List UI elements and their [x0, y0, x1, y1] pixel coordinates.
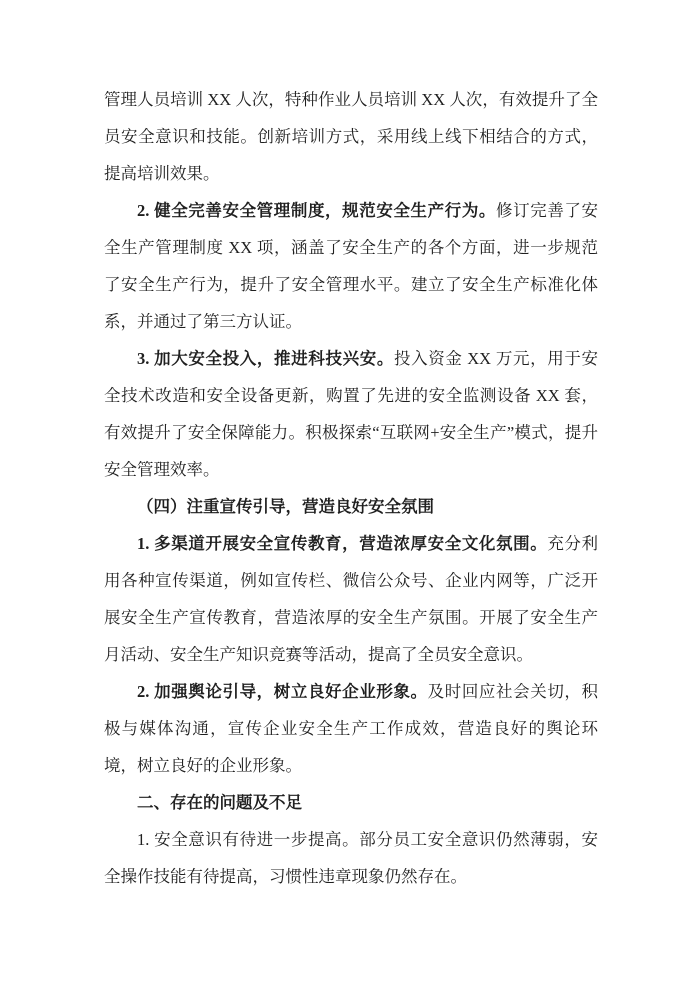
- paragraph-item-2b: 2. 加强舆论引导，树立良好企业形象。及时回应社会关切，积极与媒体沟通，宣传企业…: [104, 673, 598, 784]
- paragraph-text: 1. 安全意识有待进一步提高。部分员工安全意识仍然薄弱，安全操作技能有待提高，习…: [104, 830, 598, 886]
- paragraph-lead: 1. 多渠道开展安全宣传教育，营造浓厚安全文化氛围。: [137, 534, 547, 553]
- paragraph-item-3: 3. 加大安全投入，推进科技兴安。投入资金 XX 万元，用于安全技术改造和安全设…: [104, 340, 598, 488]
- paragraph-text: 充分利用各种宣传渠道，例如宣传栏、微信公众号、企业内网等，广泛开展安全生产宣传教…: [104, 534, 598, 664]
- paragraph-text: 修订完善了安全生产管理制度 XX 项，涵盖了安全生产的各个方面，进一步规范了安全…: [104, 201, 598, 331]
- document-page: 管理人员培训 XX 人次，特种作业人员培训 XX 人次，有效提升了全员安全意识和…: [0, 0, 700, 989]
- heading-text: 二、存在的问题及不足: [137, 793, 302, 812]
- paragraph-lead: 2. 健全完善安全管理制度，规范安全生产行为。: [137, 201, 496, 220]
- paragraph-item-2: 2. 健全完善安全管理制度，规范安全生产行为。修订完善了安全生产管理制度 XX …: [104, 192, 598, 340]
- paragraph-continuation: 管理人员培训 XX 人次，特种作业人员培训 XX 人次，有效提升了全员安全意识和…: [104, 81, 598, 192]
- sub-heading-four: （四）注重宣传引导，营造良好安全氛围: [104, 488, 598, 525]
- paragraph-problem-1: 1. 安全意识有待进一步提高。部分员工安全意识仍然薄弱，安全操作技能有待提高，习…: [104, 821, 598, 895]
- heading-text: （四）注重宣传引导，营造良好安全氛围: [137, 497, 434, 516]
- paragraph-text: 管理人员培训 XX 人次，特种作业人员培训 XX 人次，有效提升了全员安全意识和…: [104, 90, 598, 183]
- paragraph-text: 投入资金 XX 万元，用于安全技术改造和安全设备更新，购置了先进的安全监测设备 …: [104, 349, 598, 479]
- paragraph-lead: 2. 加强舆论引导，树立良好企业形象。: [137, 682, 428, 701]
- paragraph-lead: 3. 加大安全投入，推进科技兴安。: [137, 349, 394, 368]
- paragraph-item-1: 1. 多渠道开展安全宣传教育，营造浓厚安全文化氛围。充分利用各种宣传渠道，例如宣…: [104, 525, 598, 673]
- section-heading-two: 二、存在的问题及不足: [104, 784, 598, 821]
- document-body: 管理人员培训 XX 人次，特种作业人员培训 XX 人次，有效提升了全员安全意识和…: [104, 81, 598, 895]
